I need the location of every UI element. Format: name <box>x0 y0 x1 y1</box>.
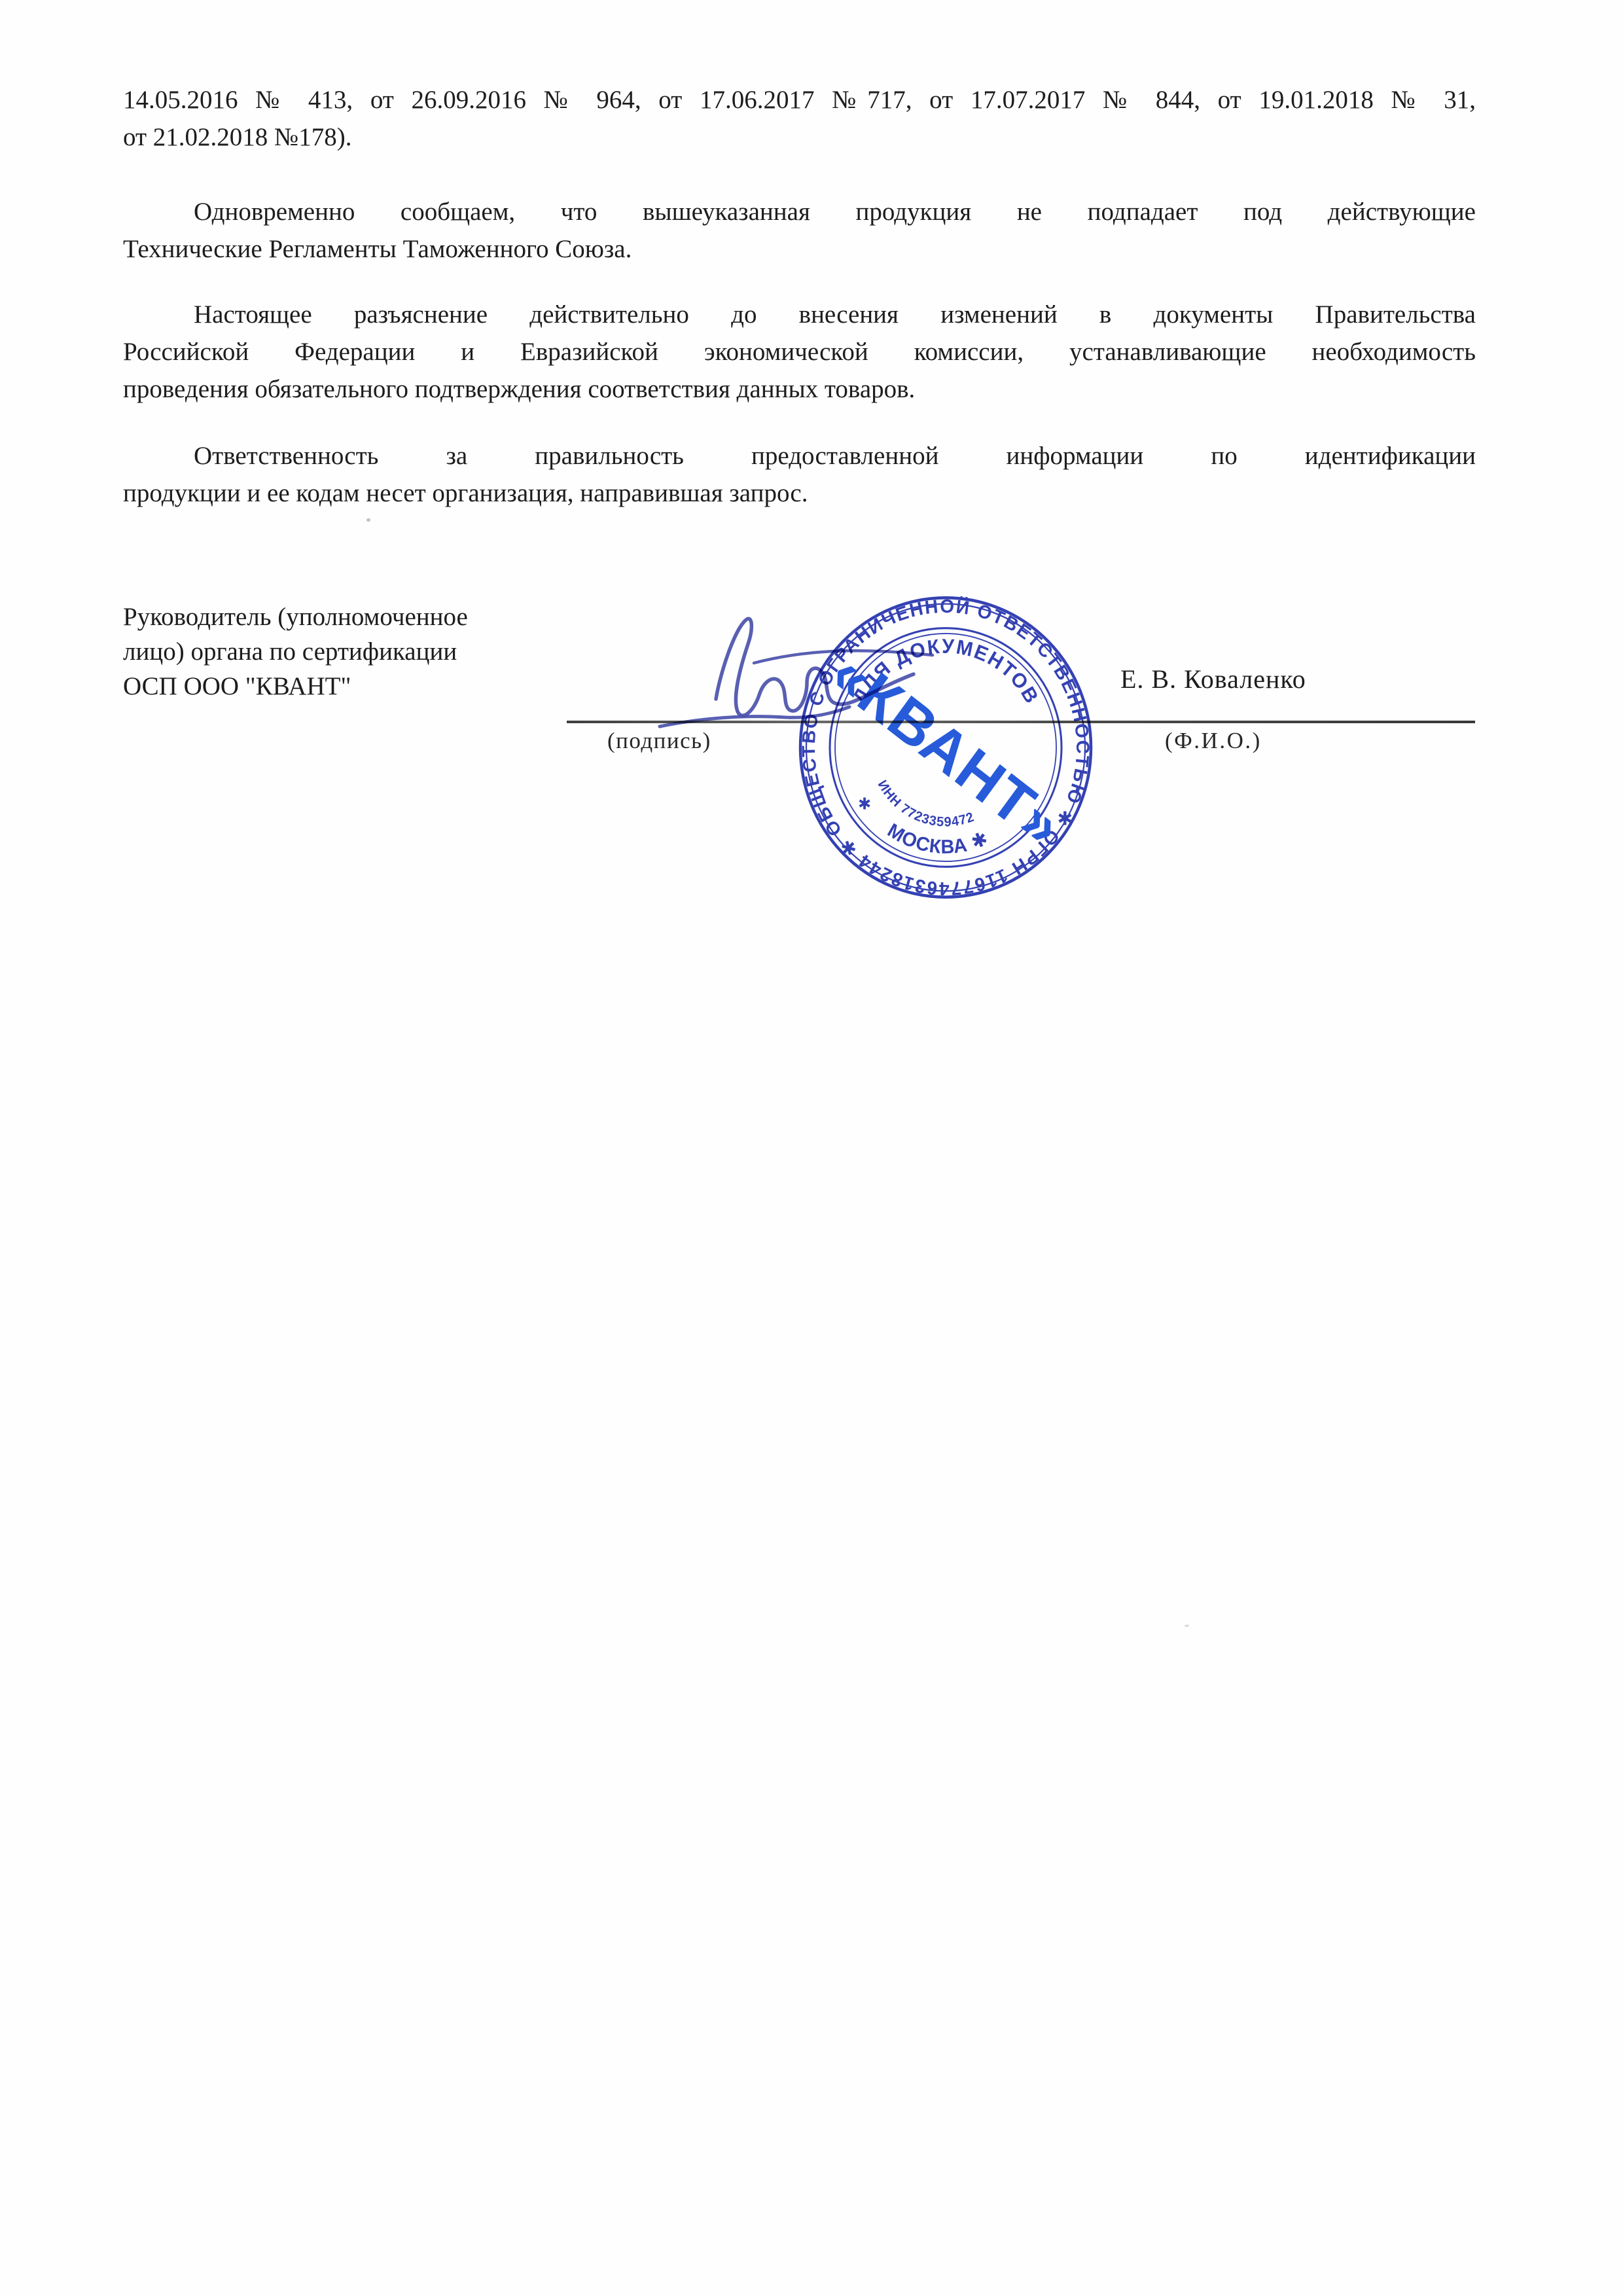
role-line: ОСП ООО "КВАНТ" <box>123 669 660 704</box>
signer-name: Е. В. Коваленко <box>1120 664 1306 694</box>
text-line: Российской Федерации и Евразийской эконо… <box>123 333 1476 370</box>
text-line: проведения обязательного подтверждения с… <box>123 370 1476 408</box>
text-line: Технические Регламенты Таможенного Союза… <box>123 230 1476 268</box>
paragraph-customs-union: Одновременно сообщаем, что вышеуказанная… <box>123 193 1476 268</box>
text-line: Одновременно сообщаем, что вышеуказанная… <box>123 193 1476 230</box>
scan-artifact-dot <box>1185 1624 1189 1627</box>
paragraph-dates-continuation: 14.05.2016 № 413, от 26.09.2016 № 964, о… <box>123 81 1476 156</box>
signer-role-label: Руководитель (уполномоченное лицо) орган… <box>123 600 660 704</box>
scan-artifact-dot <box>366 518 370 522</box>
text-line: 14.05.2016 № 413, от 26.09.2016 № 964, о… <box>123 81 1476 118</box>
paragraph-responsibility: Ответственность за правильность предоста… <box>123 437 1476 512</box>
name-caption: (Ф.И.О.) <box>1165 728 1262 754</box>
paragraph-validity: Настоящее разъяснение действительно до в… <box>123 296 1476 408</box>
company-stamp: ОБЩЕСТВО С ОГРАНИЧЕННОЙ ОТВЕТСТВЕННОСТЬЮ… <box>762 564 1129 931</box>
role-line: Руководитель (уполномоченное <box>123 600 660 634</box>
stamp-star-left: ✱ <box>858 795 871 813</box>
text-line: Настоящее разъяснение действительно до в… <box>123 296 1476 333</box>
text-line: от 21.02.2018 №178). <box>123 118 1476 156</box>
text-line: продукции и ее кодам несет организация, … <box>123 475 1476 512</box>
role-line: лицо) органа по сертификации <box>123 634 660 669</box>
signature-caption: (подпись) <box>607 728 711 754</box>
text-line: Ответственность за правильность предоста… <box>123 437 1476 475</box>
scanned-letter-page: 14.05.2016 № 413, от 26.09.2016 № 964, о… <box>0 0 1623 2296</box>
